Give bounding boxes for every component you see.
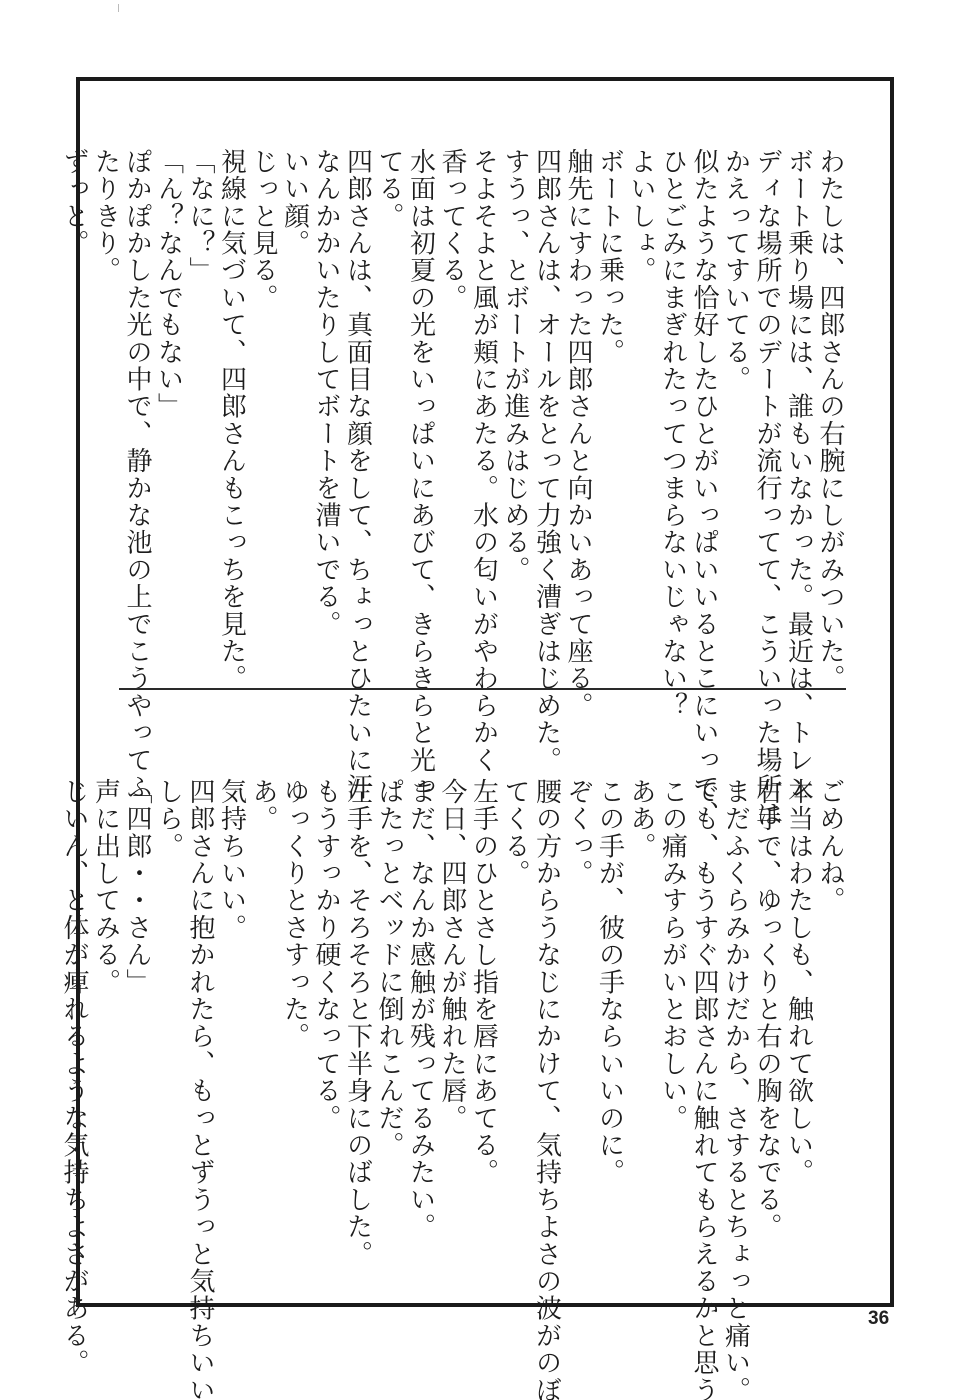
text-line: 四郎さんは、真面目な顔をして、ちょっとひたいに汗: [341, 148, 373, 678]
text-line: 今日、四郎さんが触れた唇。: [436, 778, 468, 1298]
text-line: 声に出してみる。: [89, 778, 121, 1298]
text-line: この痛みすらがいとおしい。: [656, 778, 688, 1298]
text-line: この手が、彼の手ならいいのに。: [593, 778, 625, 1298]
text-line: 舳先にすわった四郎さんと向かいあって座る。: [562, 148, 594, 678]
text-line: 左手のひとさし指を唇にあてる。: [467, 778, 499, 1298]
text-line: ゆっくりとさすった。: [278, 778, 310, 1298]
text-line: ディな場所でのデートが流行ってて、こういった場所は: [751, 148, 783, 678]
text-line: ボートに乗った。: [593, 148, 625, 678]
text-section-night-scene: ごめんね。 本当はわたしも、触れて欲しい。 右手で、ゆっくりと右の胸をなでる。 …: [58, 778, 846, 1298]
text-line: 左手を、そろそろと下半身にのばした。: [341, 778, 373, 1298]
text-line: わたしは、四郎さんの右腕にしがみついた。: [814, 148, 846, 678]
text-line: 右手で、ゆっくりと右の胸をなでる。: [751, 778, 783, 1298]
text-line: てる。: [373, 148, 405, 678]
text-line: 視線に気づいて、四郎さんもこっちを見た。: [215, 148, 247, 678]
text-line: まだ、なんか感触が残ってるみたい。: [404, 778, 436, 1298]
text-line: ずっと。: [58, 148, 90, 678]
text-line: すうっ、とボートが進みはじめる。: [499, 148, 531, 678]
text-line: ああ。: [625, 778, 657, 1298]
text-line: よいしょ。: [625, 148, 657, 678]
text-line: いい顔。: [278, 148, 310, 678]
text-line: 「ん？なんでもない」: [152, 148, 184, 678]
text-section-boat-scene: わたしは、四郎さんの右腕にしがみついた。 ボート乗り場には、誰もいなかった。最近…: [58, 148, 846, 678]
text-line: かえってすいてる。: [719, 148, 751, 678]
scan-mark: [118, 4, 119, 12]
text-line: まだふくらみかけだから、さするとちょっと痛い。: [719, 778, 751, 1298]
text-line: じいん、と体が痺れるような気持ちよさがある。: [58, 778, 90, 1298]
section-divider: [119, 688, 846, 690]
text-line: 本当はわたしも、触れて欲しい。: [782, 778, 814, 1298]
text-line: 水面は初夏の光をいっぱいにあびて、きらきらと光っ: [404, 148, 436, 678]
text-line: でも、もうすぐ四郎さんに触れてもらえるかと思うと、: [688, 778, 720, 1298]
text-line: てくる。: [499, 778, 531, 1298]
text-line: ボート乗り場には、誰もいなかった。最近は、トレン: [782, 148, 814, 678]
text-line: ひとごみにまぎれたってつまらないじゃない？: [656, 148, 688, 678]
text-line: 「四郎・・さん」: [121, 778, 153, 1298]
text-line: そよそよと風が頬にあたる。水の匂いがやわらかく: [467, 148, 499, 678]
text-line: なんかかいたりしてボートを漕いでる。: [310, 148, 342, 678]
text-line: ごめんね。: [814, 778, 846, 1298]
text-line: 四郎さんは、オールをとって力強く漕ぎはじめた。: [530, 148, 562, 678]
text-line: もうすっかり硬くなってる。: [310, 778, 342, 1298]
text-line: 香ってくる。: [436, 148, 468, 678]
text-line: じっと見る。: [247, 148, 279, 678]
text-line: ぞくっ。: [562, 778, 594, 1298]
text-line: 似たような恰好したひとがいっぱいいるとこにいって、: [688, 148, 720, 678]
page-number: 36: [868, 1308, 889, 1330]
text-line: 気持ちいい。: [215, 778, 247, 1298]
text-line: 腰の方からうなじにかけて、気持ちよさの波がのぼっ: [530, 778, 562, 1298]
text-line: 「なに？」: [184, 148, 216, 678]
text-line: あ。: [247, 778, 279, 1298]
text-line: ぽかぽかした光の中で、静かな池の上でこうやってふ: [121, 148, 153, 678]
text-line: しら。: [152, 778, 184, 1298]
text-line: ぱたっとベッドに倒れこんだ。: [373, 778, 405, 1298]
text-line: 四郎さんに抱かれたら、もっとずうっと気持ちいいか: [184, 778, 216, 1298]
text-line: たりきり。: [89, 148, 121, 678]
